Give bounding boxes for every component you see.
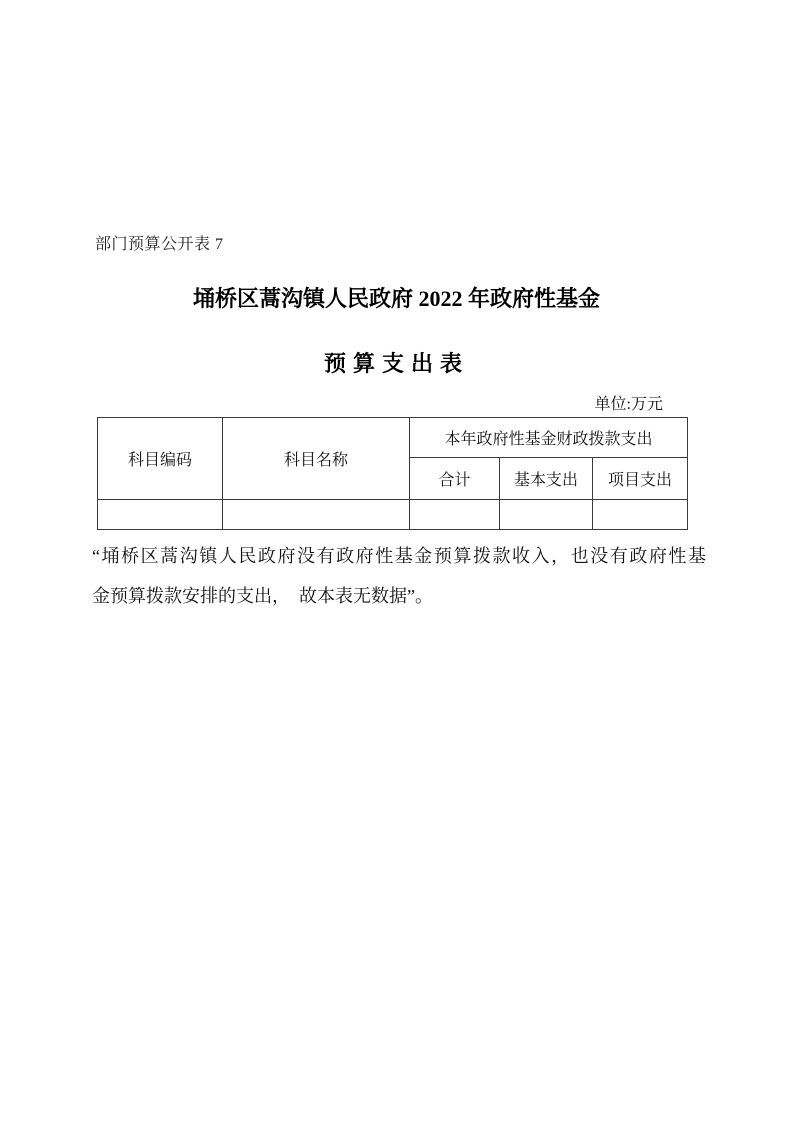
budget-table: 科目编码 科目名称 本年政府性基金财政拨款支出 合计 基本支出 项目支出 xyxy=(97,417,688,530)
budget-table-header: 科目编码 科目名称 本年政府性基金财政拨款支出 合计 基本支出 项目支出 xyxy=(98,418,688,500)
cell-project-expenditure xyxy=(593,500,688,530)
page-title-line-2: 预算支出表 xyxy=(0,347,793,378)
header-fund-expenditure-group: 本年政府性基金财政拨款支出 xyxy=(410,418,688,458)
document-page: 部门预算公开表 7 埇桥区蒿沟镇人民政府 2022 年政府性基金 预算支出表 单… xyxy=(0,0,793,1122)
budget-table-body xyxy=(98,500,688,530)
cell-basic-expenditure xyxy=(500,500,593,530)
header-total: 合计 xyxy=(410,458,500,500)
doc-label: 部门预算公开表 7 xyxy=(95,231,224,254)
header-subject-name: 科目名称 xyxy=(223,418,410,500)
page-title-line-1: 埇桥区蒿沟镇人民政府 2022 年政府性基金 xyxy=(0,282,793,313)
unit-label: 单位:万元 xyxy=(595,391,663,414)
table-row xyxy=(98,500,688,530)
header-project-expenditure: 项目支出 xyxy=(593,458,688,500)
header-basic-expenditure: 基本支出 xyxy=(500,458,593,500)
note-line-1: “埇桥区蒿沟镇人民政府没有政府性基金预算拨款收入，也没有政府性基 xyxy=(92,536,706,576)
header-subject-code: 科目编码 xyxy=(98,418,223,500)
cell-subject-name xyxy=(223,500,410,530)
note-paragraph: “埇桥区蒿沟镇人民政府没有政府性基金预算拨款收入，也没有政府性基 金预算拨款安排… xyxy=(92,536,706,616)
cell-total xyxy=(410,500,500,530)
cell-subject-code xyxy=(98,500,223,530)
note-line-2: 金预算拨款安排的支出， 故本表无数据”。 xyxy=(92,576,706,616)
